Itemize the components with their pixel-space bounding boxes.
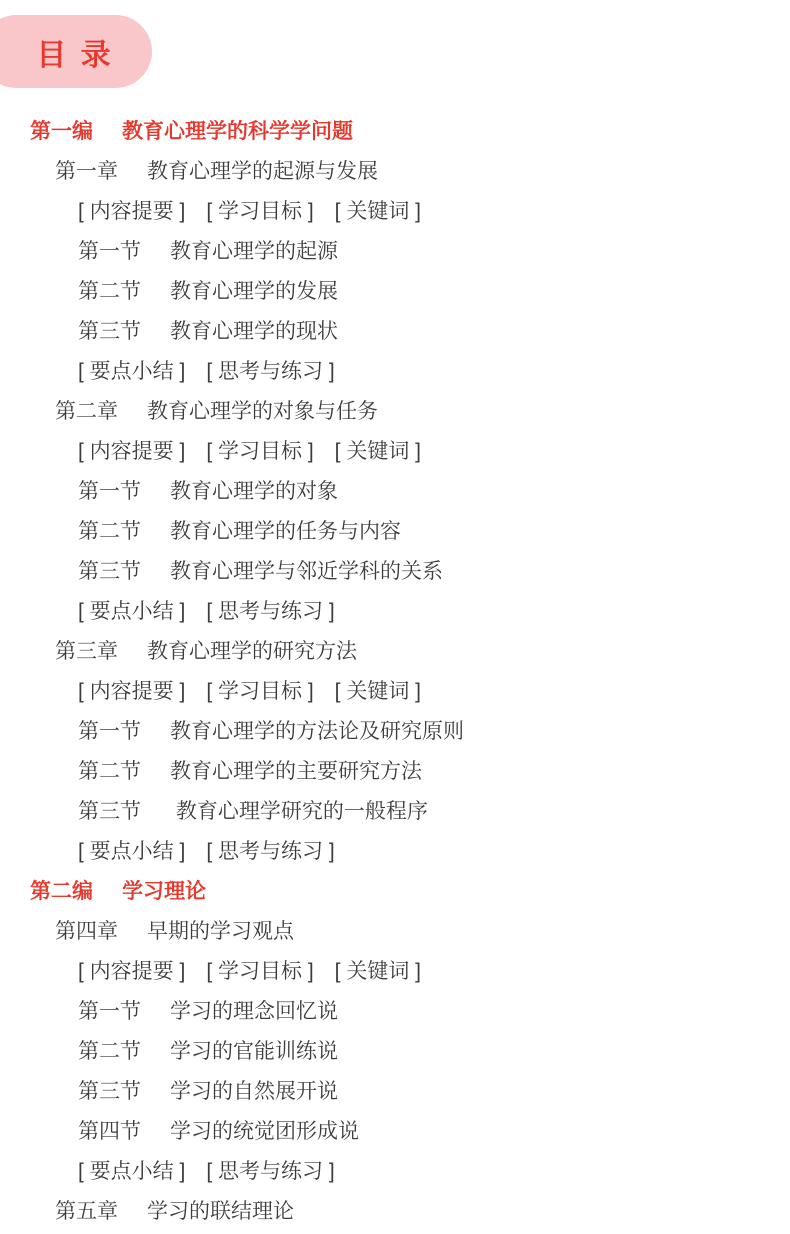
entry-title: 教育心理学的对象	[170, 480, 338, 503]
entry-title: 学习的统觉团形成说	[170, 1120, 359, 1143]
entry-label: 第三节	[78, 1080, 141, 1103]
toc-title: 目 录	[36, 30, 113, 74]
entry-title: 教育心理学的主要研究方法	[170, 760, 422, 783]
entry-title: 教育心理学的起源与发展	[147, 160, 378, 183]
entry-label: 第一章	[55, 160, 118, 183]
entry-title: 教育心理学的起源	[170, 240, 338, 263]
toc-meta-entry: [ 内容提要 ] [ 学习目标 ] [ 关键词 ]	[0, 952, 790, 992]
toc-meta-entry: [ 内容提要 ] [ 学习目标 ] [ 关键词 ]	[0, 672, 790, 712]
entry-label: 第二节	[78, 760, 141, 783]
entry-title: [ 要点小结 ] [ 思考与练习 ]	[78, 600, 335, 623]
toc-section-entry: 第二节教育心理学的主要研究方法	[0, 752, 790, 792]
toc-meta-entry: [ 要点小结 ] [ 思考与练习 ]	[0, 592, 790, 632]
toc-meta-entry: [ 内容提要 ] [ 学习目标 ] [ 关键词 ]	[0, 432, 790, 472]
entry-title: 教育心理学的任务与内容	[170, 520, 401, 543]
entry-label: 第四章	[55, 920, 118, 943]
entry-title: [ 要点小结 ] [ 思考与练习 ]	[78, 1160, 335, 1183]
entry-title: 学习的自然展开说	[170, 1080, 338, 1103]
toc-meta-entry: [ 内容提要 ] [ 学习目标 ] [ 关键词 ]	[0, 192, 790, 232]
entry-label: 第二节	[78, 280, 141, 303]
entry-label: 第二编	[30, 880, 93, 903]
toc-section-entry: 第一节教育心理学的对象	[0, 472, 790, 512]
toc-chapter-entry: 第一章教育心理学的起源与发展	[0, 152, 790, 192]
toc-meta-entry: [ 要点小结 ] [ 思考与练习 ]	[0, 352, 790, 392]
entry-label: 第一节	[78, 720, 141, 743]
entry-label: 第三节	[78, 560, 141, 583]
toc-section-entry: 第二节教育心理学的任务与内容	[0, 512, 790, 552]
entry-label: 第三章	[55, 640, 118, 663]
entry-label: 第一编	[30, 120, 93, 143]
entry-title: 学习的理念回忆说	[170, 1000, 338, 1023]
entry-title: 教育心理学与邻近学科的关系	[170, 560, 443, 583]
entry-title: 学习理论	[122, 880, 206, 903]
toc-section-entry: 第四节学习的统觉团形成说	[0, 1112, 790, 1152]
toc-section-entry: 第三节教育心理学与邻近学科的关系	[0, 552, 790, 592]
toc-section-entry: 第三节学习的自然展开说	[0, 1072, 790, 1112]
entry-title: 早期的学习观点	[147, 920, 294, 943]
entry-title: [ 内容提要 ] [ 学习目标 ] [ 关键词 ]	[78, 680, 421, 703]
toc-title-badge: 目 录	[0, 15, 152, 88]
toc-section-entry: 第三节 教育心理学研究的一般程序	[0, 792, 790, 832]
entry-label: 第四节	[78, 1120, 141, 1143]
entry-label: 第二章	[55, 400, 118, 423]
entry-title: 教育心理学的现状	[170, 320, 338, 343]
toc-section-entry: 第一节教育心理学的方法论及研究原则	[0, 712, 790, 752]
entry-title: 教育心理学研究的一般程序	[170, 800, 428, 823]
toc-chapter-entry: 第二章教育心理学的对象与任务	[0, 392, 790, 432]
toc-list: 第一编教育心理学的科学学问题 第一章教育心理学的起源与发展 [ 内容提要 ] […	[0, 112, 790, 1232]
toc-chapter-entry: 第五章学习的联结理论	[0, 1192, 790, 1232]
toc-meta-entry: [ 要点小结 ] [ 思考与练习 ]	[0, 1152, 790, 1192]
entry-title: 学习的官能训练说	[170, 1040, 338, 1063]
entry-label: 第三节	[78, 800, 141, 823]
entry-label: 第二节	[78, 1040, 141, 1063]
entry-title: [ 要点小结 ] [ 思考与练习 ]	[78, 840, 335, 863]
entry-title: [ 内容提要 ] [ 学习目标 ] [ 关键词 ]	[78, 200, 421, 223]
toc-part-entry: 第二编学习理论	[0, 872, 790, 912]
toc-chapter-entry: 第四章早期的学习观点	[0, 912, 790, 952]
entry-title: 学习的联结理论	[147, 1200, 294, 1223]
toc-meta-entry: [ 要点小结 ] [ 思考与练习 ]	[0, 832, 790, 872]
entry-title: 教育心理学的发展	[170, 280, 338, 303]
entry-title: 教育心理学的研究方法	[147, 640, 357, 663]
toc-section-entry: 第二节学习的官能训练说	[0, 1032, 790, 1072]
entry-label: 第一节	[78, 480, 141, 503]
toc-page: 目 录 第一编教育心理学的科学学问题 第一章教育心理学的起源与发展 [ 内容提要…	[0, 0, 790, 1234]
entry-label: 第二节	[78, 520, 141, 543]
entry-title: 教育心理学的方法论及研究原则	[170, 720, 464, 743]
entry-title: 教育心理学的对象与任务	[147, 400, 378, 423]
entry-label: 第五章	[55, 1200, 118, 1223]
entry-title: [ 要点小结 ] [ 思考与练习 ]	[78, 360, 335, 383]
entry-label: 第三节	[78, 320, 141, 343]
toc-section-entry: 第一节学习的理念回忆说	[0, 992, 790, 1032]
entry-title: [ 内容提要 ] [ 学习目标 ] [ 关键词 ]	[78, 960, 421, 983]
entry-label: 第一节	[78, 240, 141, 263]
entry-title: [ 内容提要 ] [ 学习目标 ] [ 关键词 ]	[78, 440, 421, 463]
entry-title: 教育心理学的科学学问题	[122, 120, 353, 143]
toc-part-entry: 第一编教育心理学的科学学问题	[0, 112, 790, 152]
toc-section-entry: 第一节教育心理学的起源	[0, 232, 790, 272]
toc-section-entry: 第二节教育心理学的发展	[0, 272, 790, 312]
toc-chapter-entry: 第三章教育心理学的研究方法	[0, 632, 790, 672]
entry-label: 第一节	[78, 1000, 141, 1023]
toc-section-entry: 第三节教育心理学的现状	[0, 312, 790, 352]
